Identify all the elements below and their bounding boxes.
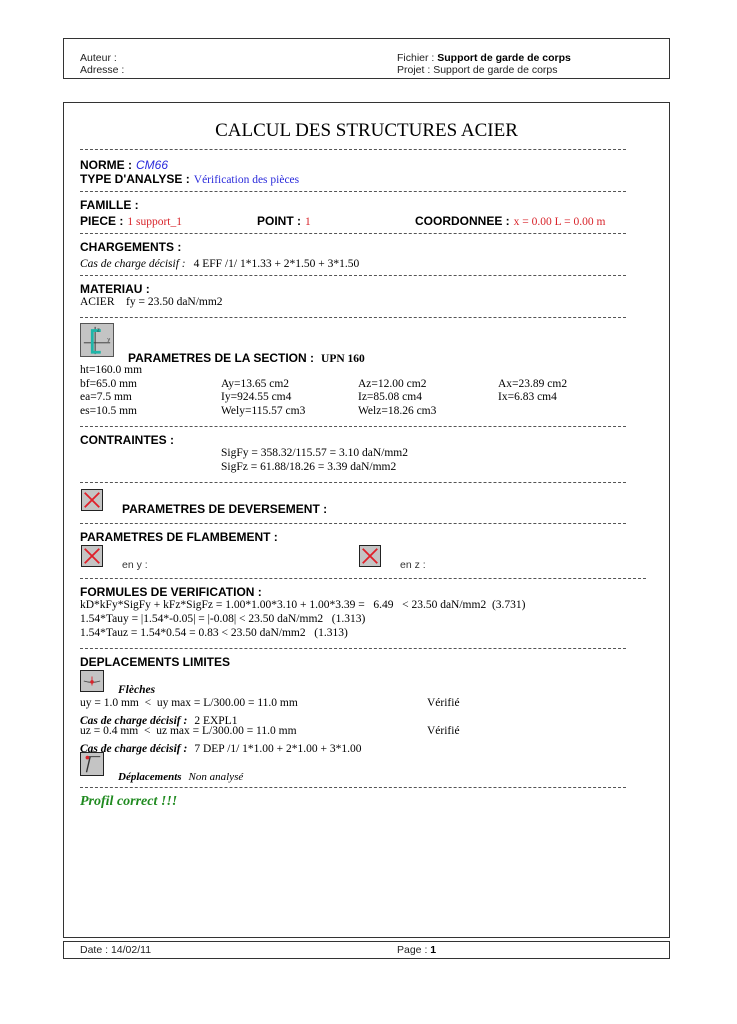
deversement-label: PARAMETRES DE DEVERSEMENT : — [122, 502, 327, 516]
coord-row: COORDONNEE : x = 0.00 L = 0.00 m — [415, 212, 605, 230]
file-field: Fichier : Support de garde de corps — [397, 52, 571, 64]
case-label: Cas de charge décisif : — [80, 258, 186, 270]
divider — [80, 149, 626, 150]
flambement-en-y: en y : — [122, 559, 148, 571]
uz-case-value: 7 DEP /1/ 1*1.00 + 2*1.00 + 3*1.00 — [194, 743, 361, 755]
formule-line: kD*kFy*SigFy + kFz*SigFz = 1.00*1.00*3.1… — [80, 599, 526, 611]
formules-label: FORMULES DE VERIFICATION : — [80, 585, 262, 599]
uz-check: uz = 0.4 mm < uz max = L/300.00 = 11.0 m… — [80, 725, 297, 737]
channel-section-icon: z y — [80, 323, 114, 357]
section-iy: Iy=924.55 cm4 — [221, 391, 291, 403]
famille-label: FAMILLE : — [80, 198, 139, 212]
divider — [80, 578, 646, 579]
page-number: 1 — [430, 944, 436, 956]
project-value: Support de garde de corps — [433, 64, 557, 76]
section-ht: ht=160.0 mm — [80, 364, 142, 376]
uy-check: uy = 1.0 mm < uy max = L/300.00 = 11.0 m… — [80, 697, 298, 709]
contraintes-label: CONTRAINTES : — [80, 433, 174, 447]
date-field: Date : 14/02/11 — [80, 944, 151, 956]
date-label: Date : — [80, 944, 108, 956]
page-field: Page : 1 — [397, 944, 436, 956]
analysis-value: Vérification des pièces — [194, 174, 299, 186]
section-title-row: PARAMETRES DE LA SECTION : UPN 160 — [128, 349, 365, 367]
contrainte-sigfy: SigFy = 358.32/115.57 = 3.10 daN/mm2 — [221, 447, 408, 459]
depl-value: Non analysé — [189, 771, 244, 783]
piece-value: 1 support_1 — [127, 216, 182, 228]
coord-value: x = 0.00 L = 0.00 m — [514, 216, 606, 228]
deflection-icon — [80, 670, 104, 692]
chargements-label: CHARGEMENTS : — [80, 240, 181, 254]
chargements-case: Cas de charge décisif : 4 EFF /1/ 1*1.33… — [80, 254, 359, 272]
header-box — [63, 38, 670, 79]
formule-line: 1.54*Tauy = |1.54*-0.05| = |-0.08| < 23.… — [80, 613, 365, 625]
project-field: Projet : Support de garde de corps — [397, 64, 558, 76]
section-wely: Wely=115.57 cm3 — [221, 405, 305, 417]
author-label: Auteur : — [80, 52, 117, 64]
uy-status: Vérifié — [427, 697, 460, 709]
divider — [80, 275, 626, 276]
divider — [80, 648, 626, 649]
red-x-icon — [359, 545, 381, 567]
piece-label: PIECE : — [80, 214, 123, 228]
materiau-label: MATERIAU : — [80, 282, 150, 296]
uz-status: Vérifié — [427, 725, 460, 737]
divider — [80, 482, 626, 483]
flambement-en-z: en z : — [400, 559, 426, 571]
section-es: es=10.5 mm — [80, 405, 137, 417]
materiau-fy: fy = 23.50 daN/mm2 — [126, 296, 223, 308]
section-az: Az=12.00 cm2 — [358, 378, 426, 390]
formule-line: 1.54*Tauz = 1.54*0.54 = 0.83 < 23.50 daN… — [80, 627, 348, 639]
deplacements-label: DEPLACEMENTS LIMITES — [80, 655, 230, 669]
point-label: POINT : — [257, 214, 301, 228]
depl-row: Déplacements Non analysé — [118, 767, 243, 785]
section-ax: Ax=23.89 cm2 — [498, 378, 567, 390]
report-title: CALCUL DES STRUCTURES ACIER — [0, 120, 733, 142]
point-row: POINT : 1 — [257, 212, 311, 230]
uz-case-row: Cas de charge décisif : 7 DEP /1/ 1*1.00… — [80, 739, 362, 757]
flambement-label: PARAMETRES DE FLAMBEMENT : — [80, 530, 278, 544]
coord-label: COORDONNEE : — [415, 214, 510, 228]
section-profile: UPN 160 — [321, 353, 365, 365]
section-ea: ea=7.5 mm — [80, 391, 132, 403]
svg-text:z: z — [97, 328, 100, 334]
divider — [80, 191, 626, 192]
footer-box — [63, 941, 670, 959]
displacement-icon — [80, 752, 104, 776]
depl-label: Déplacements — [118, 771, 182, 783]
piece-row: PIECE : 1 support_1 — [80, 212, 182, 230]
section-ix: Ix=6.83 cm4 — [498, 391, 557, 403]
materiau-name: ACIER — [80, 296, 115, 308]
contrainte-sigfz: SigFz = 61.88/18.26 = 3.39 daN/mm2 — [221, 461, 396, 473]
divider — [80, 317, 626, 318]
project-label: Projet : — [397, 64, 430, 76]
section-bf: bf=65.0 mm — [80, 378, 137, 390]
divider — [80, 523, 626, 524]
case-value: 4 EFF /1/ 1*1.33 + 2*1.50 + 3*1.50 — [194, 258, 360, 270]
analysis-label: TYPE D'ANALYSE : — [80, 172, 190, 186]
section-ay: Ay=13.65 cm2 — [221, 378, 289, 390]
divider — [80, 426, 626, 427]
svg-text:y: y — [107, 337, 110, 343]
analysis-row: TYPE D'ANALYSE : Vérification des pièces — [80, 170, 299, 188]
date-value: 14/02/11 — [111, 944, 151, 956]
red-x-icon — [81, 489, 103, 511]
result-status: Profil correct !!! — [80, 794, 177, 810]
divider — [80, 787, 626, 788]
address-label: Adresse : — [80, 64, 124, 76]
divider — [80, 233, 626, 234]
section-label: PARAMETRES DE LA SECTION : — [128, 351, 314, 365]
file-value: Support de garde de corps — [437, 52, 571, 64]
file-label: Fichier : — [397, 52, 434, 64]
section-welz: Welz=18.26 cm3 — [358, 405, 436, 417]
point-value: 1 — [305, 216, 311, 228]
fleches-title: Flèches — [118, 684, 155, 696]
red-x-icon — [81, 545, 103, 567]
section-iz: Iz=85.08 cm4 — [358, 391, 422, 403]
page-label: Page : — [397, 944, 427, 956]
